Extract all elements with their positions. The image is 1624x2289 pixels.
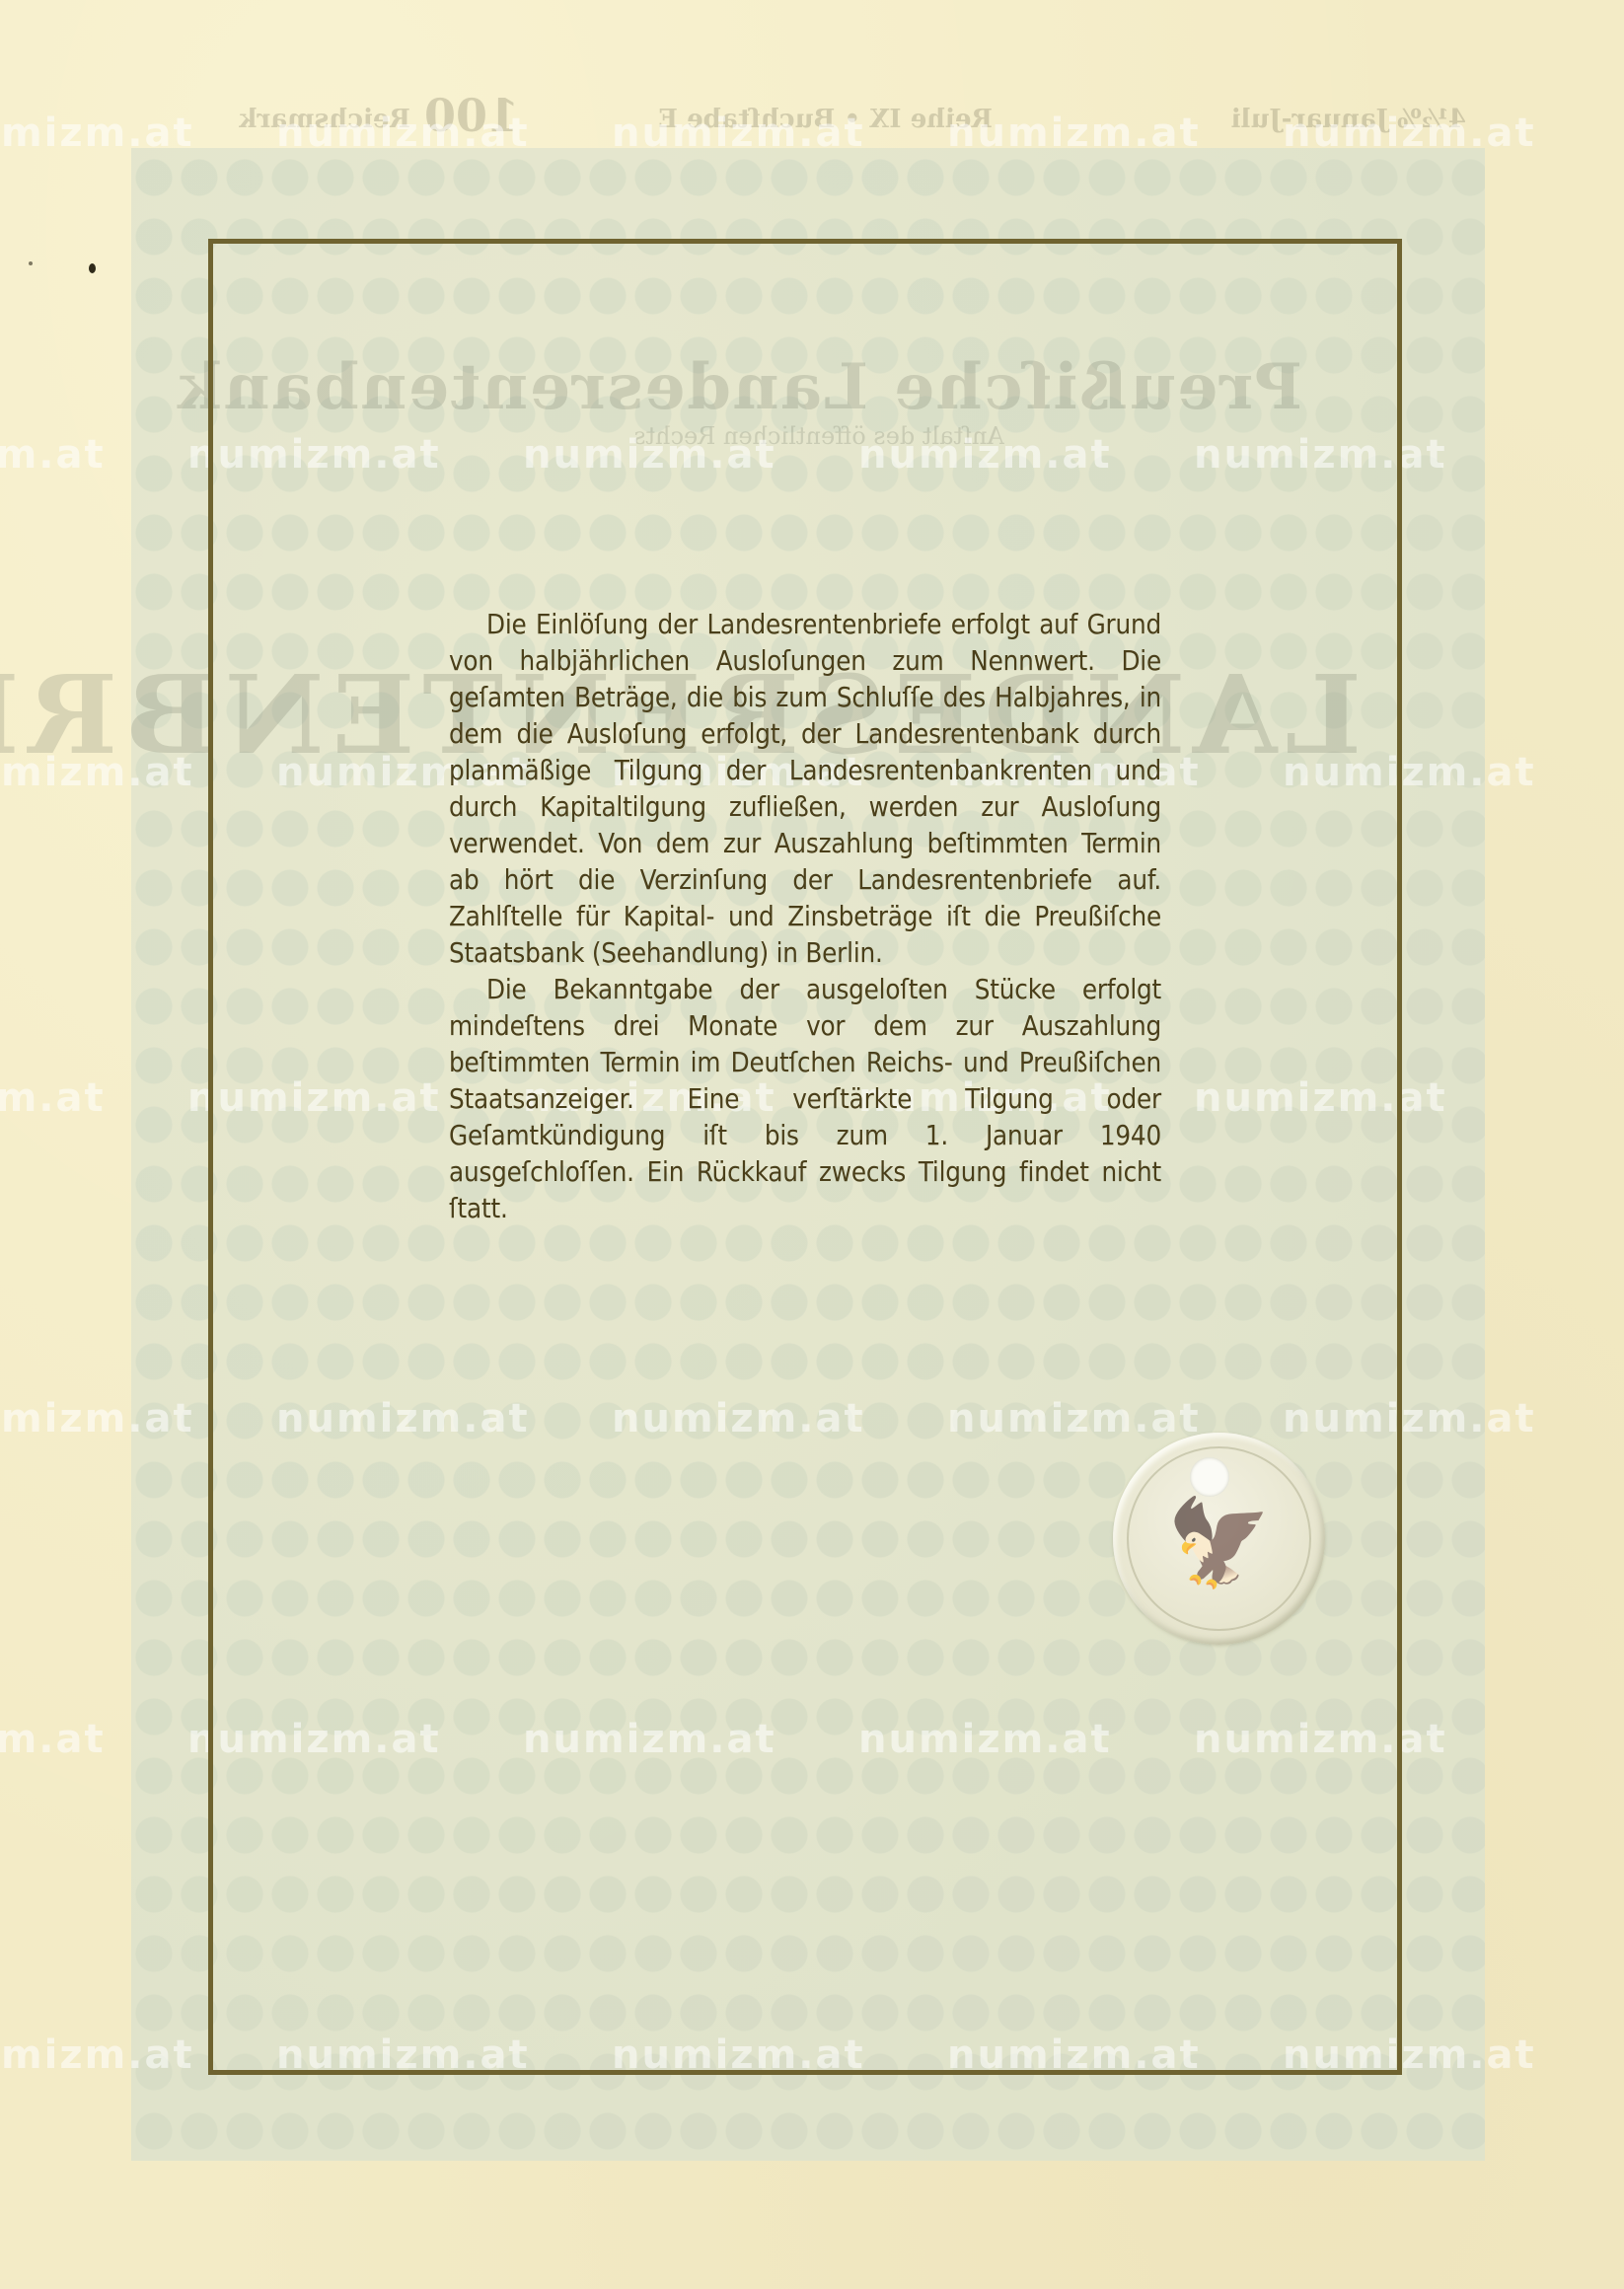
embossed-seal: 🦅 [1113,1433,1325,1645]
showthrough-interest: 4½% Januar-Juli [1231,105,1466,134]
showthrough-currency: Reichsmark [240,105,410,134]
paper-speck [89,263,96,273]
showthrough-header: 4½% Januar-Juli Reihe IX • Buchſtabe E 1… [0,95,1624,144]
paragraph-announcement: Die Bekanntgabe der ausgeloſten Stücke e… [449,972,1161,1227]
paragraph-redemption: Die Einlöſung der Landesrentenbriefe erf… [449,607,1161,972]
showthrough-series: Reihe IX • Buchſtabe E [658,105,993,134]
paper-speck [29,261,33,265]
terms-text: Die Einlöſung der Landesrentenbriefe erf… [449,607,1161,1227]
punch-hole [1190,1457,1229,1497]
eagle-icon: 🦅 [1166,1501,1272,1586]
showthrough-amount: 100 [424,89,519,142]
